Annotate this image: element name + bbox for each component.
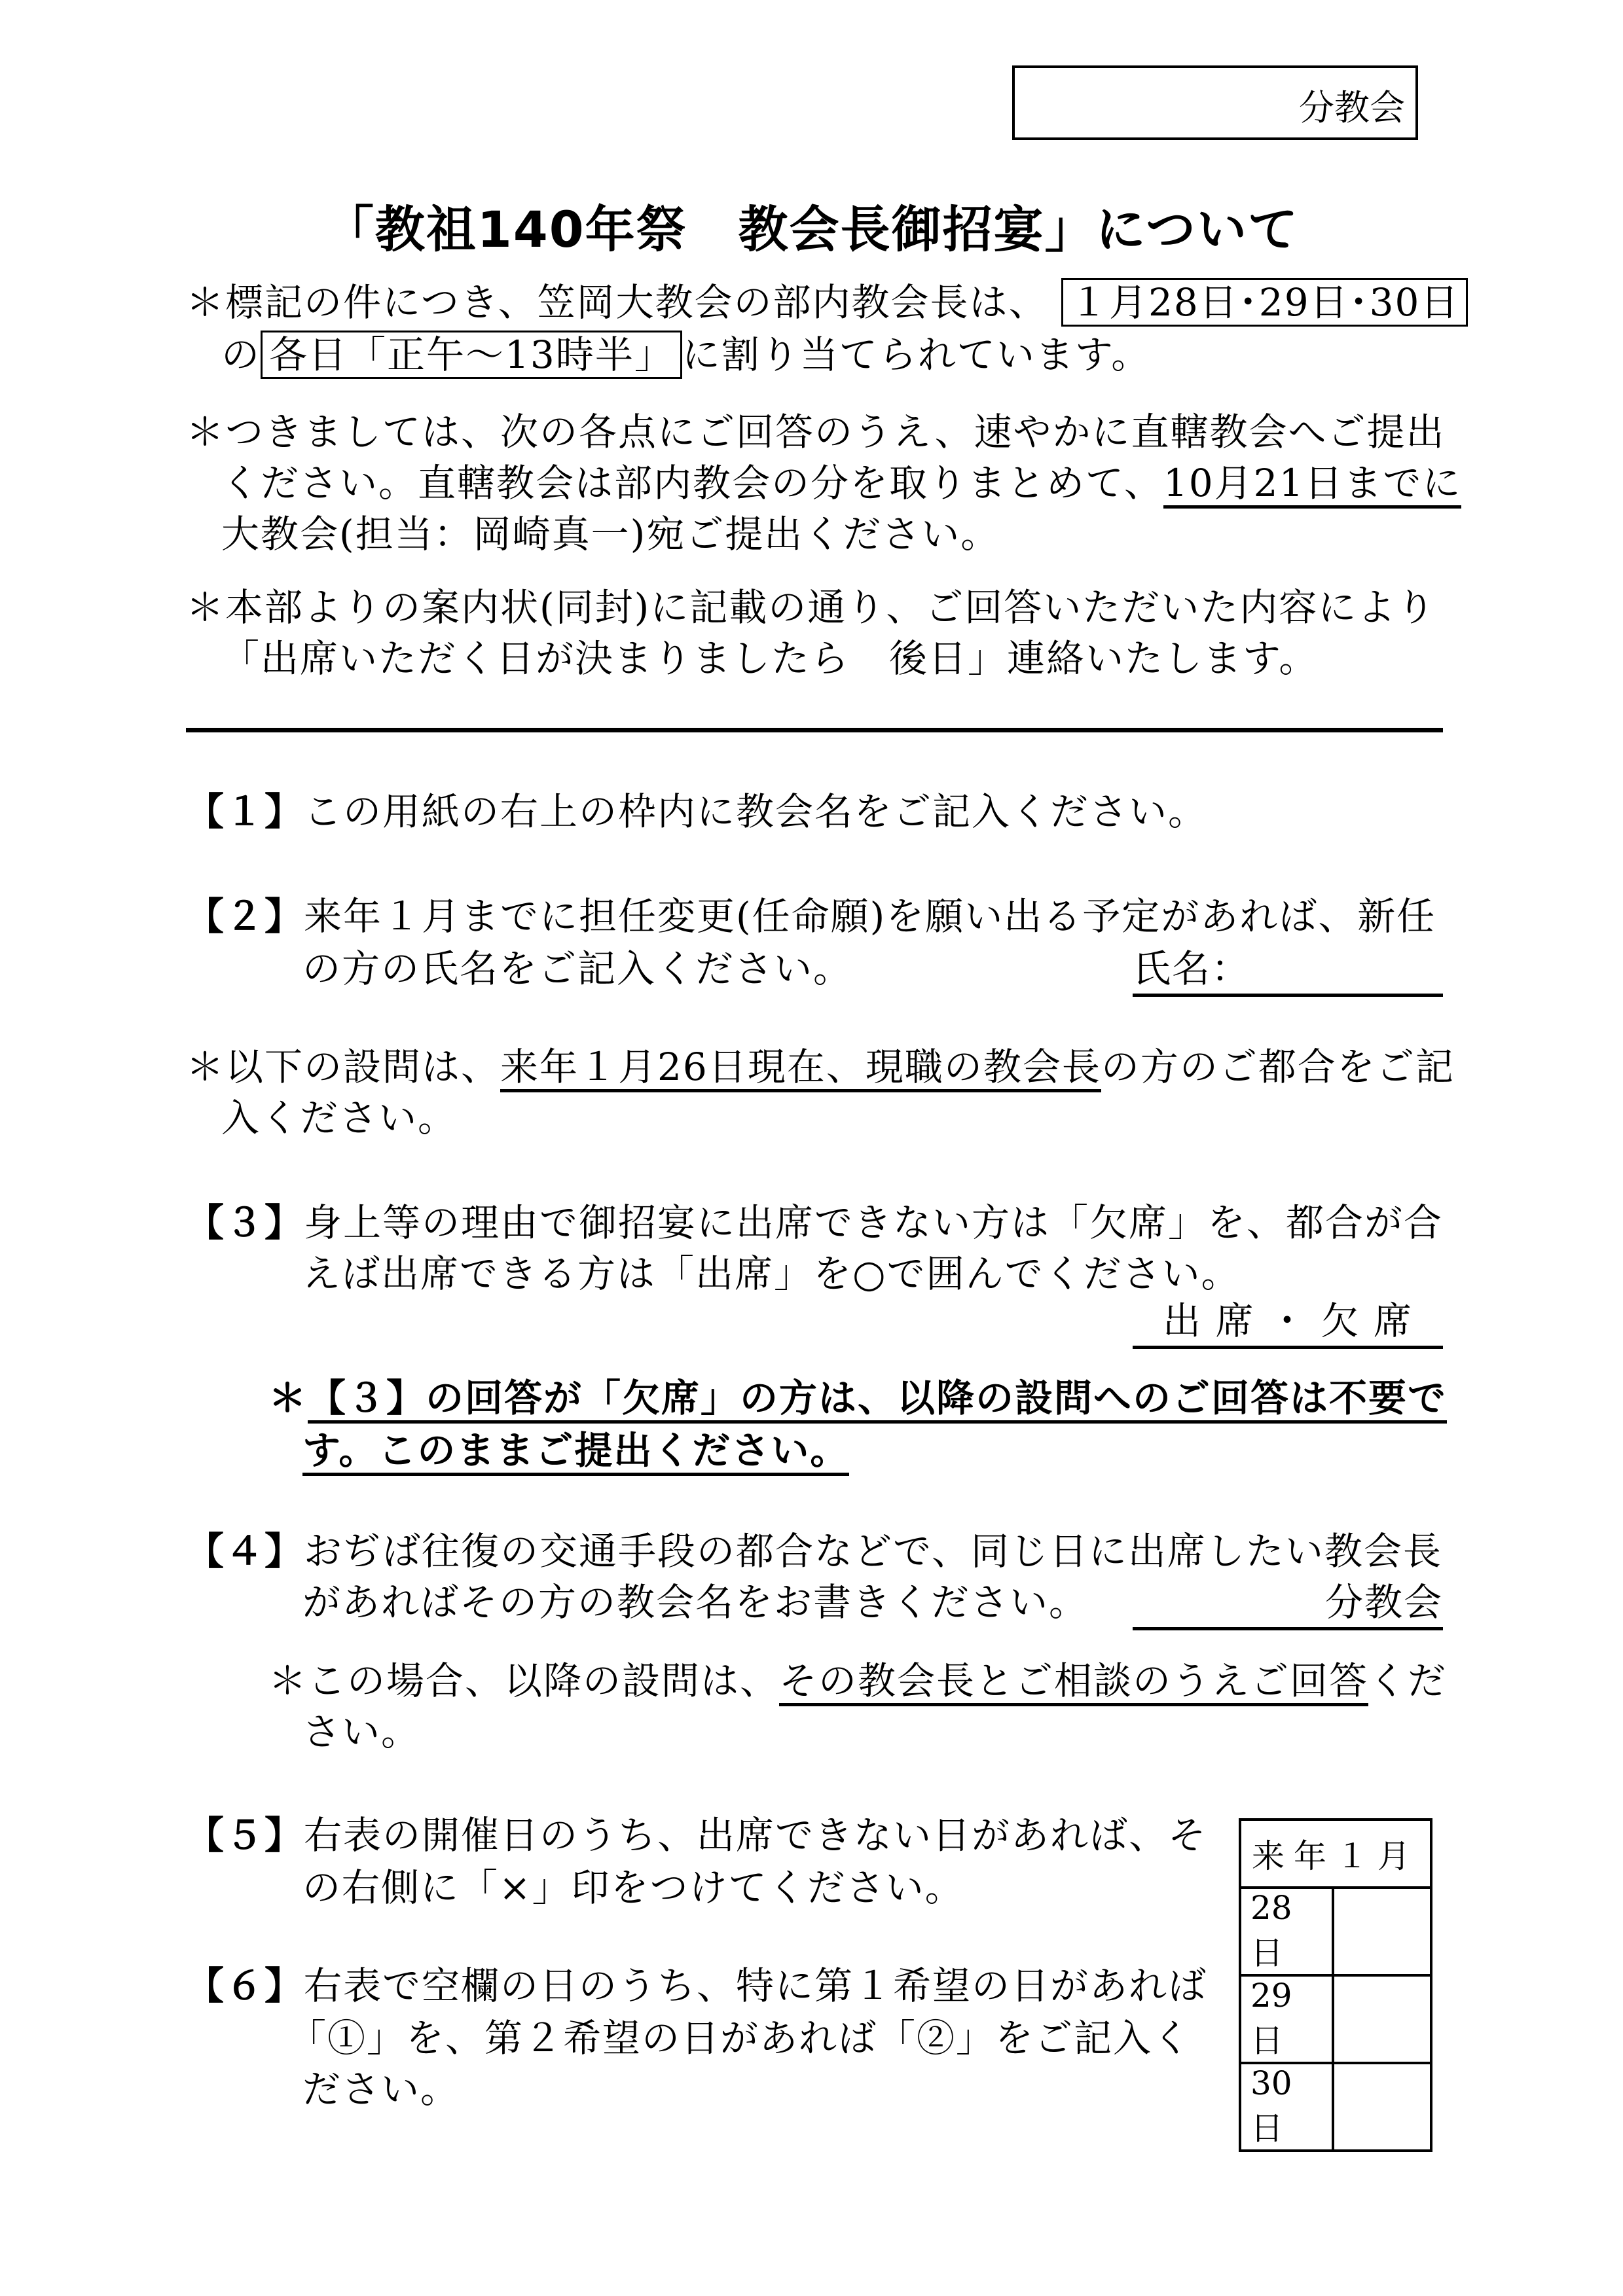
intro-text: ください。直轄教会は部内教会の分を取りまとめて、: [221, 461, 1163, 505]
note-text: この場合、以降の設問は、: [308, 1659, 779, 1703]
date-table: 来年１月 28日 29日 30日: [1239, 1818, 1432, 2152]
bullet: ＊: [186, 280, 225, 325]
question-4-line1: 【４】おぢば往復の交通手段の都合などで、同じ日に出席したい教会長: [186, 1526, 1442, 1576]
day-label: 28日: [1240, 1888, 1333, 1975]
q3-note-line2: す。このままご提出ください。: [302, 1426, 849, 1475]
question-1: 【１】この用紙の右上の枠内に教会名をご記入ください。: [186, 787, 1207, 836]
question-6-line1: 【６】右表で空欄の日のうち、特に第１希望の日があれば: [186, 1961, 1207, 2011]
name-field-line[interactable]: 氏名：: [1133, 944, 1443, 997]
bullet: ＊: [268, 1659, 308, 1703]
question-5-line1: 【５】右表の開催日のうち、出席できない日があれば、そ: [186, 1810, 1207, 1860]
note-text: くだ: [1368, 1659, 1447, 1703]
church-name-box[interactable]: 分教会: [1012, 65, 1418, 140]
question-4-line2: があればその方の教会名をお書きください。: [302, 1577, 1088, 1627]
question-text: 身上等の理由で御招宴に出席できない方は「欠席」を、都合が合: [304, 1200, 1443, 1245]
intro-1-line1: ＊標記の件につき、笠岡大教会の部内教会長は、 １月28日･29日･30日: [186, 278, 1468, 327]
q3-note-line1: ＊【３】の回答が「欠席」の方は、以降の設問へのご回答は不要で: [268, 1373, 1447, 1423]
question-2-line2: の方の氏名をご記入ください。: [302, 944, 852, 994]
q4-note-line2: さい。: [302, 1707, 420, 1757]
attendance-choice[interactable]: 出 席 ・ 欠 席: [1133, 1296, 1443, 1349]
table-row: 28日: [1240, 1888, 1431, 1975]
note-underlined: その教会長とご相談のうえご回答: [779, 1659, 1368, 1706]
intro-text: 本部よりの案内状(同封)に記載の通り、ご回答いただいた内容により: [225, 585, 1436, 630]
intro-2-line2: ください。直轄教会は部内教会の分を取りまとめて、10月21日までに: [221, 458, 1461, 508]
question-text: 来年１月までに担任変更(任命願)を願い出る予定があれば、新任: [304, 894, 1436, 939]
intro-2-line3: 大教会(担当：岡崎真一)宛ご提出ください。: [221, 509, 1000, 559]
note-current-line2: 入ください。: [221, 1093, 457, 1143]
deadline: 10月21日までに: [1163, 461, 1462, 509]
attendance-options[interactable]: 出 席 ・ 欠 席: [1133, 1296, 1443, 1349]
dates-box: １月28日･29日･30日: [1061, 278, 1468, 327]
question-text: 右表で空欄の日のうち、特に第１希望の日があれば: [304, 1964, 1207, 2008]
church-suffix: 分教会: [1299, 80, 1405, 130]
table-row: 29日: [1240, 1975, 1431, 2063]
divider: [186, 728, 1443, 732]
church-field-suffix: 分教会: [1325, 1580, 1443, 1624]
day-mark-cell[interactable]: [1333, 1975, 1431, 2063]
question-text: 右表の開催日のうち、出席できない日があれば、そ: [304, 1813, 1207, 1857]
intro-3-line1: ＊本部よりの案内状(同封)に記載の通り、ご回答いただいた内容により: [186, 583, 1436, 632]
table-header: 来年１月: [1240, 1820, 1431, 1888]
bullet: ＊: [186, 410, 225, 454]
note-underlined: 来年１月26日現在、現職の教会長: [500, 1045, 1101, 1092]
church-field-line[interactable]: 分教会: [1133, 1577, 1443, 1630]
name-field-label: 氏名：: [1133, 946, 1250, 991]
intro-text: に割り当てられています。: [682, 332, 1150, 377]
table-row: 30日: [1240, 2063, 1431, 2151]
question-2-line1: 【２】来年１月までに担任変更(任命願)を願い出る予定があれば、新任: [186, 891, 1436, 941]
question-number: 【３】: [186, 1200, 304, 1245]
question-number: 【１】: [186, 789, 304, 834]
question-5-line2: の右側に「×」印をつけてください。: [302, 1863, 964, 1912]
day-label: 29日: [1240, 1975, 1333, 2063]
question-number: 【６】: [186, 1964, 304, 2008]
bullet: ＊: [186, 585, 225, 630]
intro-3-line2: 「出席いただく日が決まりましたら 後日」連絡いたします。: [221, 634, 1318, 683]
question-number: 【２】: [186, 894, 304, 939]
question-3-line2: えば出席できる方は「出席」を○で囲んでください。: [302, 1249, 1241, 1299]
note-current-line1: ＊以下の設問は、来年１月26日現在、現職の教会長の方のご都合をご記: [186, 1042, 1455, 1092]
question-text: おぢば往復の交通手段の都合などで、同じ日に出席したい教会長: [304, 1529, 1442, 1573]
intro-text: の: [221, 332, 261, 377]
question-number: 【５】: [186, 1813, 304, 1857]
bullet: ＊: [186, 1045, 225, 1089]
time-box: 各日「正午～13時半」: [261, 331, 682, 379]
note-text: 以下の設問は、: [225, 1045, 500, 1089]
new-name-field[interactable]: 氏名：: [1133, 944, 1443, 997]
question-6-line3: ださい。: [302, 2064, 460, 2114]
question-6-line2: 「①」を、第２希望の日があれば「②」をご記入く: [288, 2013, 1192, 2063]
intro-text: つきましては、次の各点にご回答のうえ、速やかに直轄教会へご提出: [225, 410, 1445, 454]
intro-text: 標記の件につき、笠岡大教会の部内教会長は、: [225, 280, 1048, 325]
q3-note-text: す。このままご提出ください。: [302, 1428, 849, 1476]
page-title: 「教祖140年祭 教会長御招宴」について: [0, 190, 1623, 261]
q4-note-line1: ＊この場合、以降の設問は、その教会長とご相談のうえご回答くだ: [268, 1656, 1447, 1706]
day-mark-cell[interactable]: [1333, 1888, 1431, 1975]
question-3-line1: 【３】身上等の理由で御招宴に出席できない方は「欠席」を、都合が合: [186, 1198, 1443, 1247]
same-day-church-field[interactable]: 分教会: [1133, 1577, 1443, 1630]
intro-1-line2: の各日「正午～13時半」に割り当てられています。: [221, 330, 1150, 380]
day-label: 30日: [1240, 2063, 1333, 2151]
bullet: ＊: [268, 1376, 308, 1420]
intro-2-line1: ＊つきましては、次の各点にご回答のうえ、速やかに直轄教会へご提出: [186, 407, 1446, 457]
question-number: 【４】: [186, 1529, 304, 1573]
day-mark-cell[interactable]: [1333, 2063, 1431, 2151]
q3-note-text: 【３】の回答が「欠席」の方は、以降の設問へのご回答は不要で: [308, 1376, 1447, 1424]
question-text: この用紙の右上の枠内に教会名をご記入ください。: [304, 789, 1207, 834]
note-text: の方のご都合をご記: [1101, 1045, 1455, 1089]
